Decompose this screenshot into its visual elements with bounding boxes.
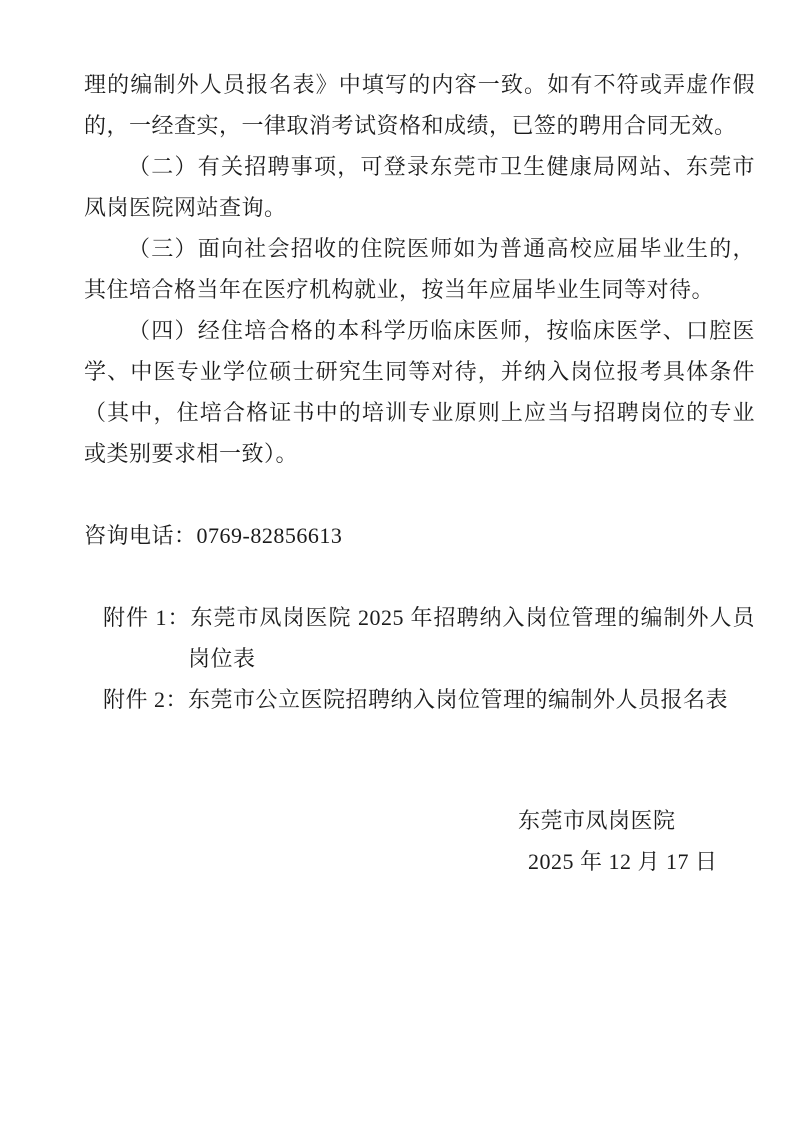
document-content: 理的编制外人员报名表》中填写的内容一致。如有不符或弄虚作假 的，一经查实，一律取…: [84, 64, 755, 882]
body-text-line: （四）经住培合格的本科学历临床医师，按临床医学、口腔医: [84, 310, 755, 351]
attachment-2-title: 东莞市公立医院招聘纳入岗位管理的编制外人员报名表: [188, 687, 728, 712]
attachment-2-label: 附件 2：: [103, 687, 188, 712]
contact-phone-number: 0769-82856613: [197, 523, 343, 548]
signature-date: 2025 年 12 月 17 日: [84, 841, 755, 882]
body-text-line: （其中，住培合格证书中的培训专业原则上应当与招聘岗位的专业: [84, 392, 755, 433]
body-text-line: 的，一经查实，一律取消考试资格和成绩，已签的聘用合同无效。: [84, 105, 755, 146]
body-text-line: 学、中医专业学位硕士研究生同等对待，并纳入岗位报考具体条件: [84, 351, 755, 392]
body-text-line: 理的编制外人员报名表》中填写的内容一致。如有不符或弄虚作假: [84, 64, 755, 105]
body-text-line: （三）面向社会招收的住院医师如为普通高校应届毕业生的，: [84, 228, 755, 269]
body-text-line: （二）有关招聘事项，可登录东莞市卫生健康局网站、东莞市: [84, 146, 755, 187]
contact-phone-line: 咨询电话：0769-82856613: [84, 515, 755, 556]
attachment-2-line: 附件 2：东莞市公立医院招聘纳入岗位管理的编制外人员报名表: [84, 679, 755, 720]
attachment-1-line-2: 岗位表: [84, 638, 755, 679]
signature-organization: 东莞市凤岗医院: [84, 800, 755, 841]
body-text-line: 凤岗医院网站查询。: [84, 187, 755, 228]
attachment-1-title: 东莞市凤岗医院 2025 年招聘纳入岗位管理的编制外人员: [191, 605, 755, 630]
document-page: 理的编制外人员报名表》中填写的内容一致。如有不符或弄虚作假 的，一经查实，一律取…: [0, 0, 793, 1122]
contact-label: 咨询电话：: [84, 523, 197, 548]
body-text-line: 其住培合格当年在医疗机构就业，按当年应届毕业生同等对待。: [84, 269, 755, 310]
attachment-1-line-1: 附件 1：东莞市凤岗医院 2025 年招聘纳入岗位管理的编制外人员: [84, 597, 755, 638]
attachment-1-label: 附件 1：: [103, 605, 191, 630]
body-text-line: 或类别要求相一致）。: [84, 433, 755, 474]
